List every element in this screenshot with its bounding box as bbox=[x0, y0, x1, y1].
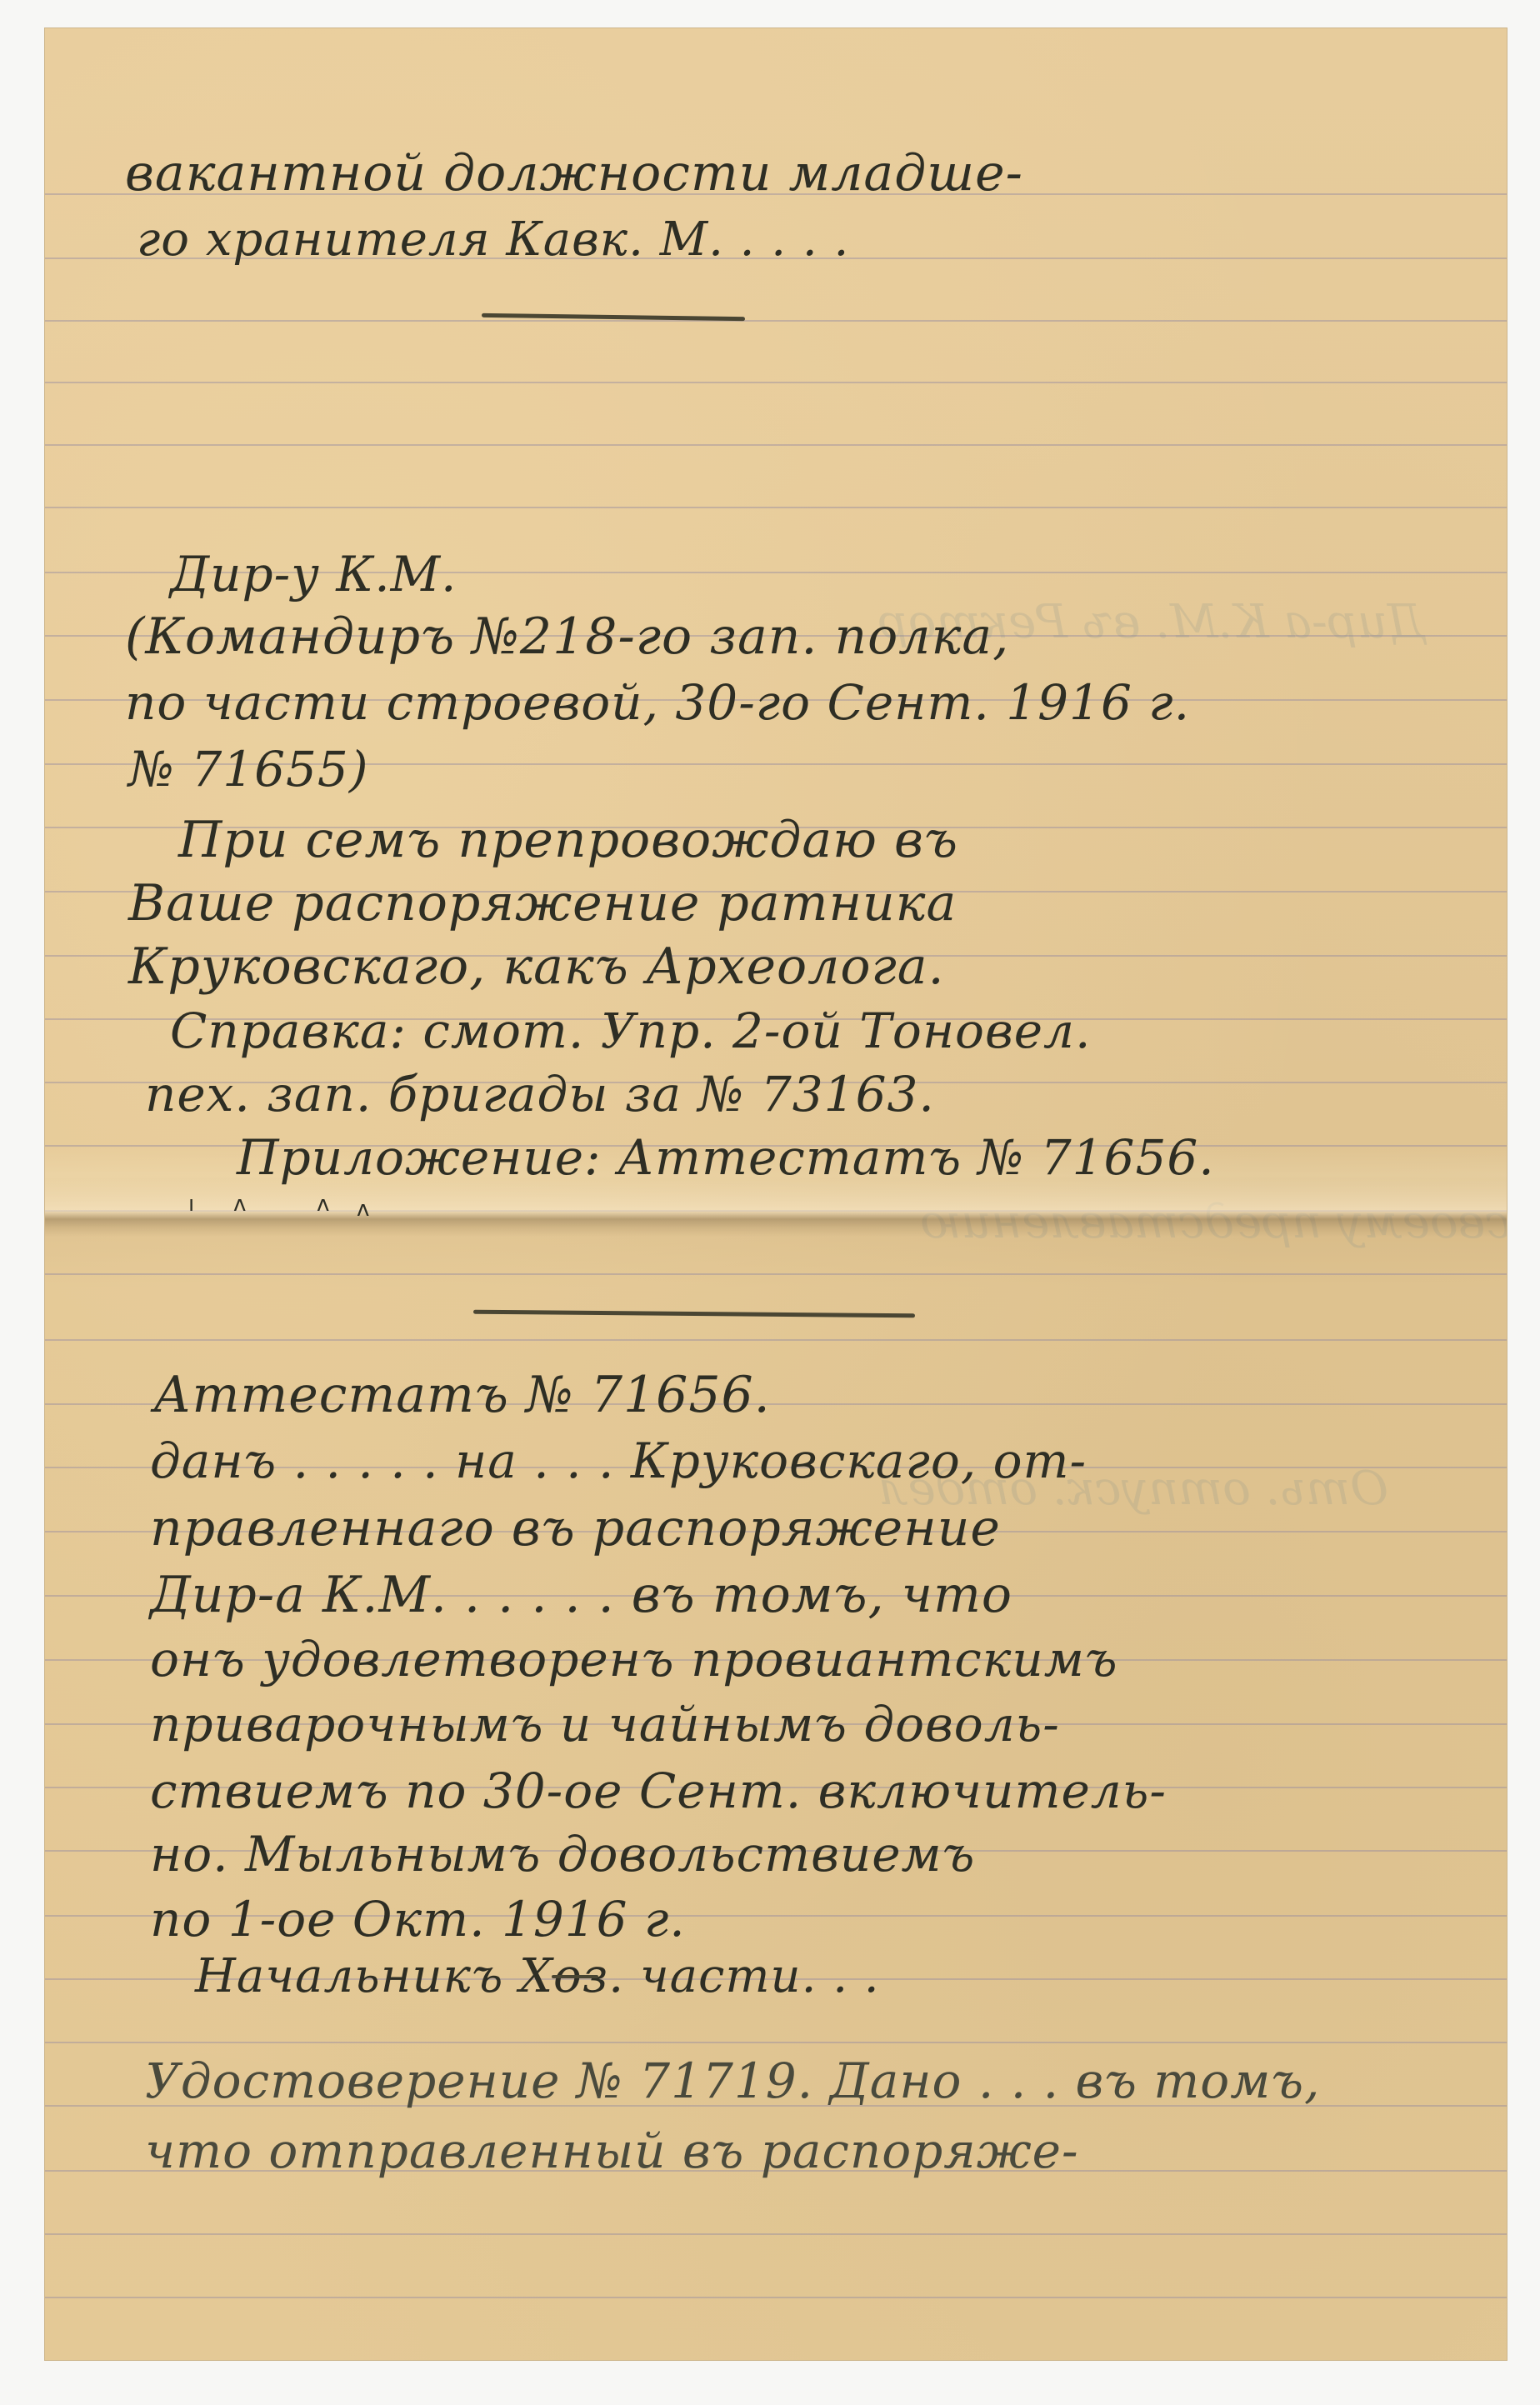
ruled-line bbox=[45, 444, 1507, 446]
section-3-line: правленнаго въ распоряжение bbox=[150, 1503, 1001, 1553]
document-page: Дир-а К.М. въ Ректор своему представлени… bbox=[45, 28, 1507, 2360]
section-4-line: что отправленный въ распоряже- bbox=[145, 2127, 1079, 2175]
ruled-line bbox=[45, 507, 1507, 508]
section-2-line: пех. зап. бригады за № 73163. bbox=[145, 1070, 935, 1118]
section-3-line: но. Мыльнымъ довольствиемъ bbox=[150, 1830, 975, 1878]
section-1-line: го хранителя Кавк. М. . . . . bbox=[137, 217, 849, 263]
addressee: Дир-у К.М. bbox=[170, 550, 457, 598]
section-2-line: Приложение: Аттестатъ № 71656. bbox=[237, 1133, 1215, 1182]
section-3-line: приварочнымъ и чайнымъ доволь- bbox=[150, 1700, 1060, 1748]
section-2-line: Круковскаго, какъ Археолога. bbox=[128, 942, 945, 992]
fold-crease bbox=[45, 1178, 1507, 1237]
section-2-line: по части строевой, 30-го Сент. 1916 г. bbox=[125, 678, 1190, 727]
stray-mark: ʌ bbox=[357, 1197, 369, 1222]
ruled-line bbox=[45, 382, 1507, 383]
section-3-line: ствиемъ по 30-ое Сент. включитель- bbox=[150, 1767, 1167, 1815]
ruled-line bbox=[45, 320, 1507, 322]
section-4-line: Удостоверение № 71719. Дано . . . въ том… bbox=[145, 2057, 1320, 2105]
section-3-line: данъ . . . . . на . . . Круковскаго, от- bbox=[150, 1437, 1087, 1485]
ruled-line bbox=[45, 2042, 1507, 2043]
ruled-line bbox=[45, 1273, 1507, 1275]
ruled-line bbox=[45, 2297, 1507, 2298]
section-3-line: по 1-ое Окт. 1916 г. bbox=[150, 1895, 686, 1943]
ruled-line bbox=[45, 2233, 1507, 2235]
section-3-line: онъ удовлетворенъ провиантскимъ bbox=[150, 1635, 1118, 1683]
ruled-line bbox=[45, 1339, 1507, 1341]
stray-mark: ı bbox=[188, 1192, 194, 1217]
section-3-line: Дир-а К.М. . . . . . въ томъ, что bbox=[150, 1570, 1012, 1620]
section-2-line: При семъ препровождаю въ bbox=[178, 815, 958, 865]
stray-mark: ʌ bbox=[317, 1192, 329, 1217]
section-2-line: № 71655) bbox=[128, 745, 368, 793]
attestat-title: Аттестатъ № 71656. bbox=[153, 1370, 771, 1420]
section-2-line: (Командиръ №218-го зап. полка, bbox=[125, 612, 1009, 662]
divider-rule bbox=[552, 1975, 598, 1978]
section-2-line: Справка: смот. Упр. 2-ой Тоновел. bbox=[170, 1007, 1091, 1055]
divider-rule bbox=[473, 1310, 915, 1318]
section-2-line: Ваше распоряжение ратника bbox=[128, 878, 957, 928]
section-1-line: вакантной должности младше- bbox=[125, 148, 1023, 198]
stray-mark: ʌ bbox=[233, 1192, 246, 1217]
signature-line: Начальникъ Хоз. части. . . bbox=[195, 1953, 880, 2000]
